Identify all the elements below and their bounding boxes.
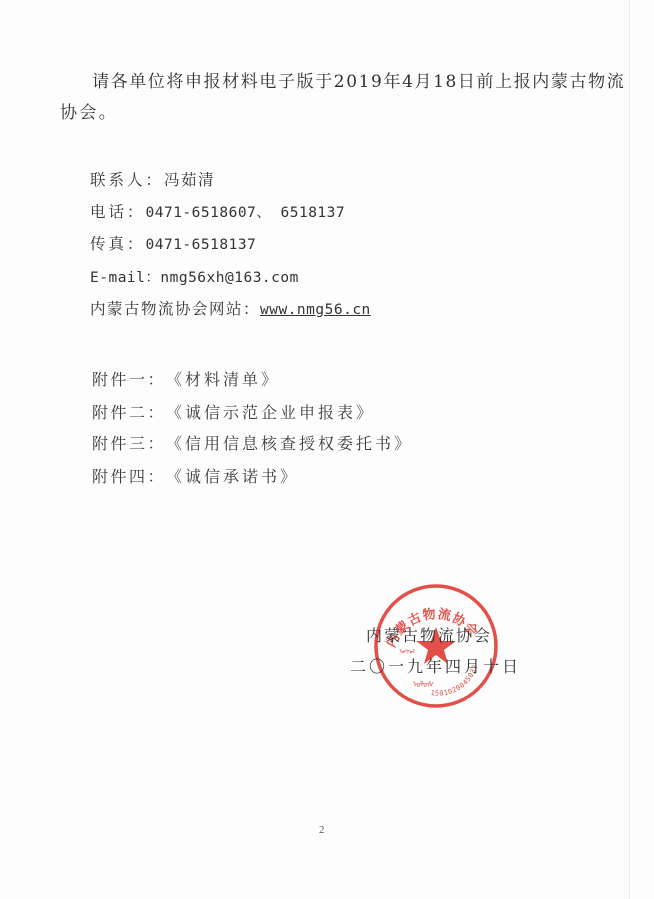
email-label: E-mail： [90,270,160,286]
fax-value: 0471-6518137 [146,237,257,253]
attachment-label: 附件一： [92,370,166,389]
contact-person-label: 联系人： [90,171,164,189]
fax-label: 传真： [90,235,146,253]
attachment-label: 附件二： [92,403,166,422]
attachment-item: 附件一：《材料清单》 [92,371,280,389]
contact-person-line: 联系人：冯茹清 [90,171,215,189]
document-page: 请各单位将申报材料电子版于2019年4月18日前上报内蒙古物流 协会。 联系人：… [0,0,654,899]
signature-organization: 内蒙古物流协会 [366,627,492,645]
official-seal-stamp: 内蒙古物流协会 1501020045032 ᠮᠣᠩᠭᠣᠯ ᠤᠯᠤᠰ [373,583,499,709]
website-label: 内蒙古物流协会网站： [90,300,260,318]
page-number: 2 [319,824,325,836]
seal-mongolian-script-left: ᠮᠣᠩᠭᠣᠯ [399,648,415,655]
website-line: 内蒙古物流协会网站：www.nmg56.cn [90,300,371,319]
attachment-item: 附件三：《信用信息核查授权委托书》 [92,435,413,453]
contact-person-value: 冯茹清 [164,171,215,189]
seal-mongolian-script-bottom: ᠤᠯᠤᠰ [413,680,434,689]
body-paragraph-line-1: 请各单位将申报材料电子版于2019年4月18日前上报内蒙古物流 [92,72,625,92]
attachment-title: 《诚信承诺书》 [174,467,299,486]
body-paragraph-line-2: 协会。 [60,103,118,123]
attachment-item: 附件二：《诚信示范企业申报表》 [92,404,375,422]
attachment-title: 《信用信息核查授权委托书》 [174,434,413,453]
attachment-title: 《材料清单》 [174,370,280,389]
email-value: nmg56xh@163.com [160,270,298,286]
signature-date: 二〇一九年四月十日 [350,658,521,676]
attachment-label: 附件四： [92,467,166,486]
scan-edge-line [629,0,630,899]
phone-value: 0471-6518607、 6518137 [146,205,346,221]
phone-line: 电话：0471-6518607、 6518137 [90,203,345,222]
website-link[interactable]: www.nmg56.cn [260,302,371,318]
attachment-title: 《诚信示范企业申报表》 [174,403,375,422]
attachment-item: 附件四：《诚信承诺书》 [92,468,299,486]
phone-label: 电话： [90,203,146,221]
email-line: E-mail：nmg56xh@163.com [90,268,299,287]
fax-line: 传真：0471-6518137 [90,235,256,254]
attachment-label: 附件三： [92,434,166,453]
